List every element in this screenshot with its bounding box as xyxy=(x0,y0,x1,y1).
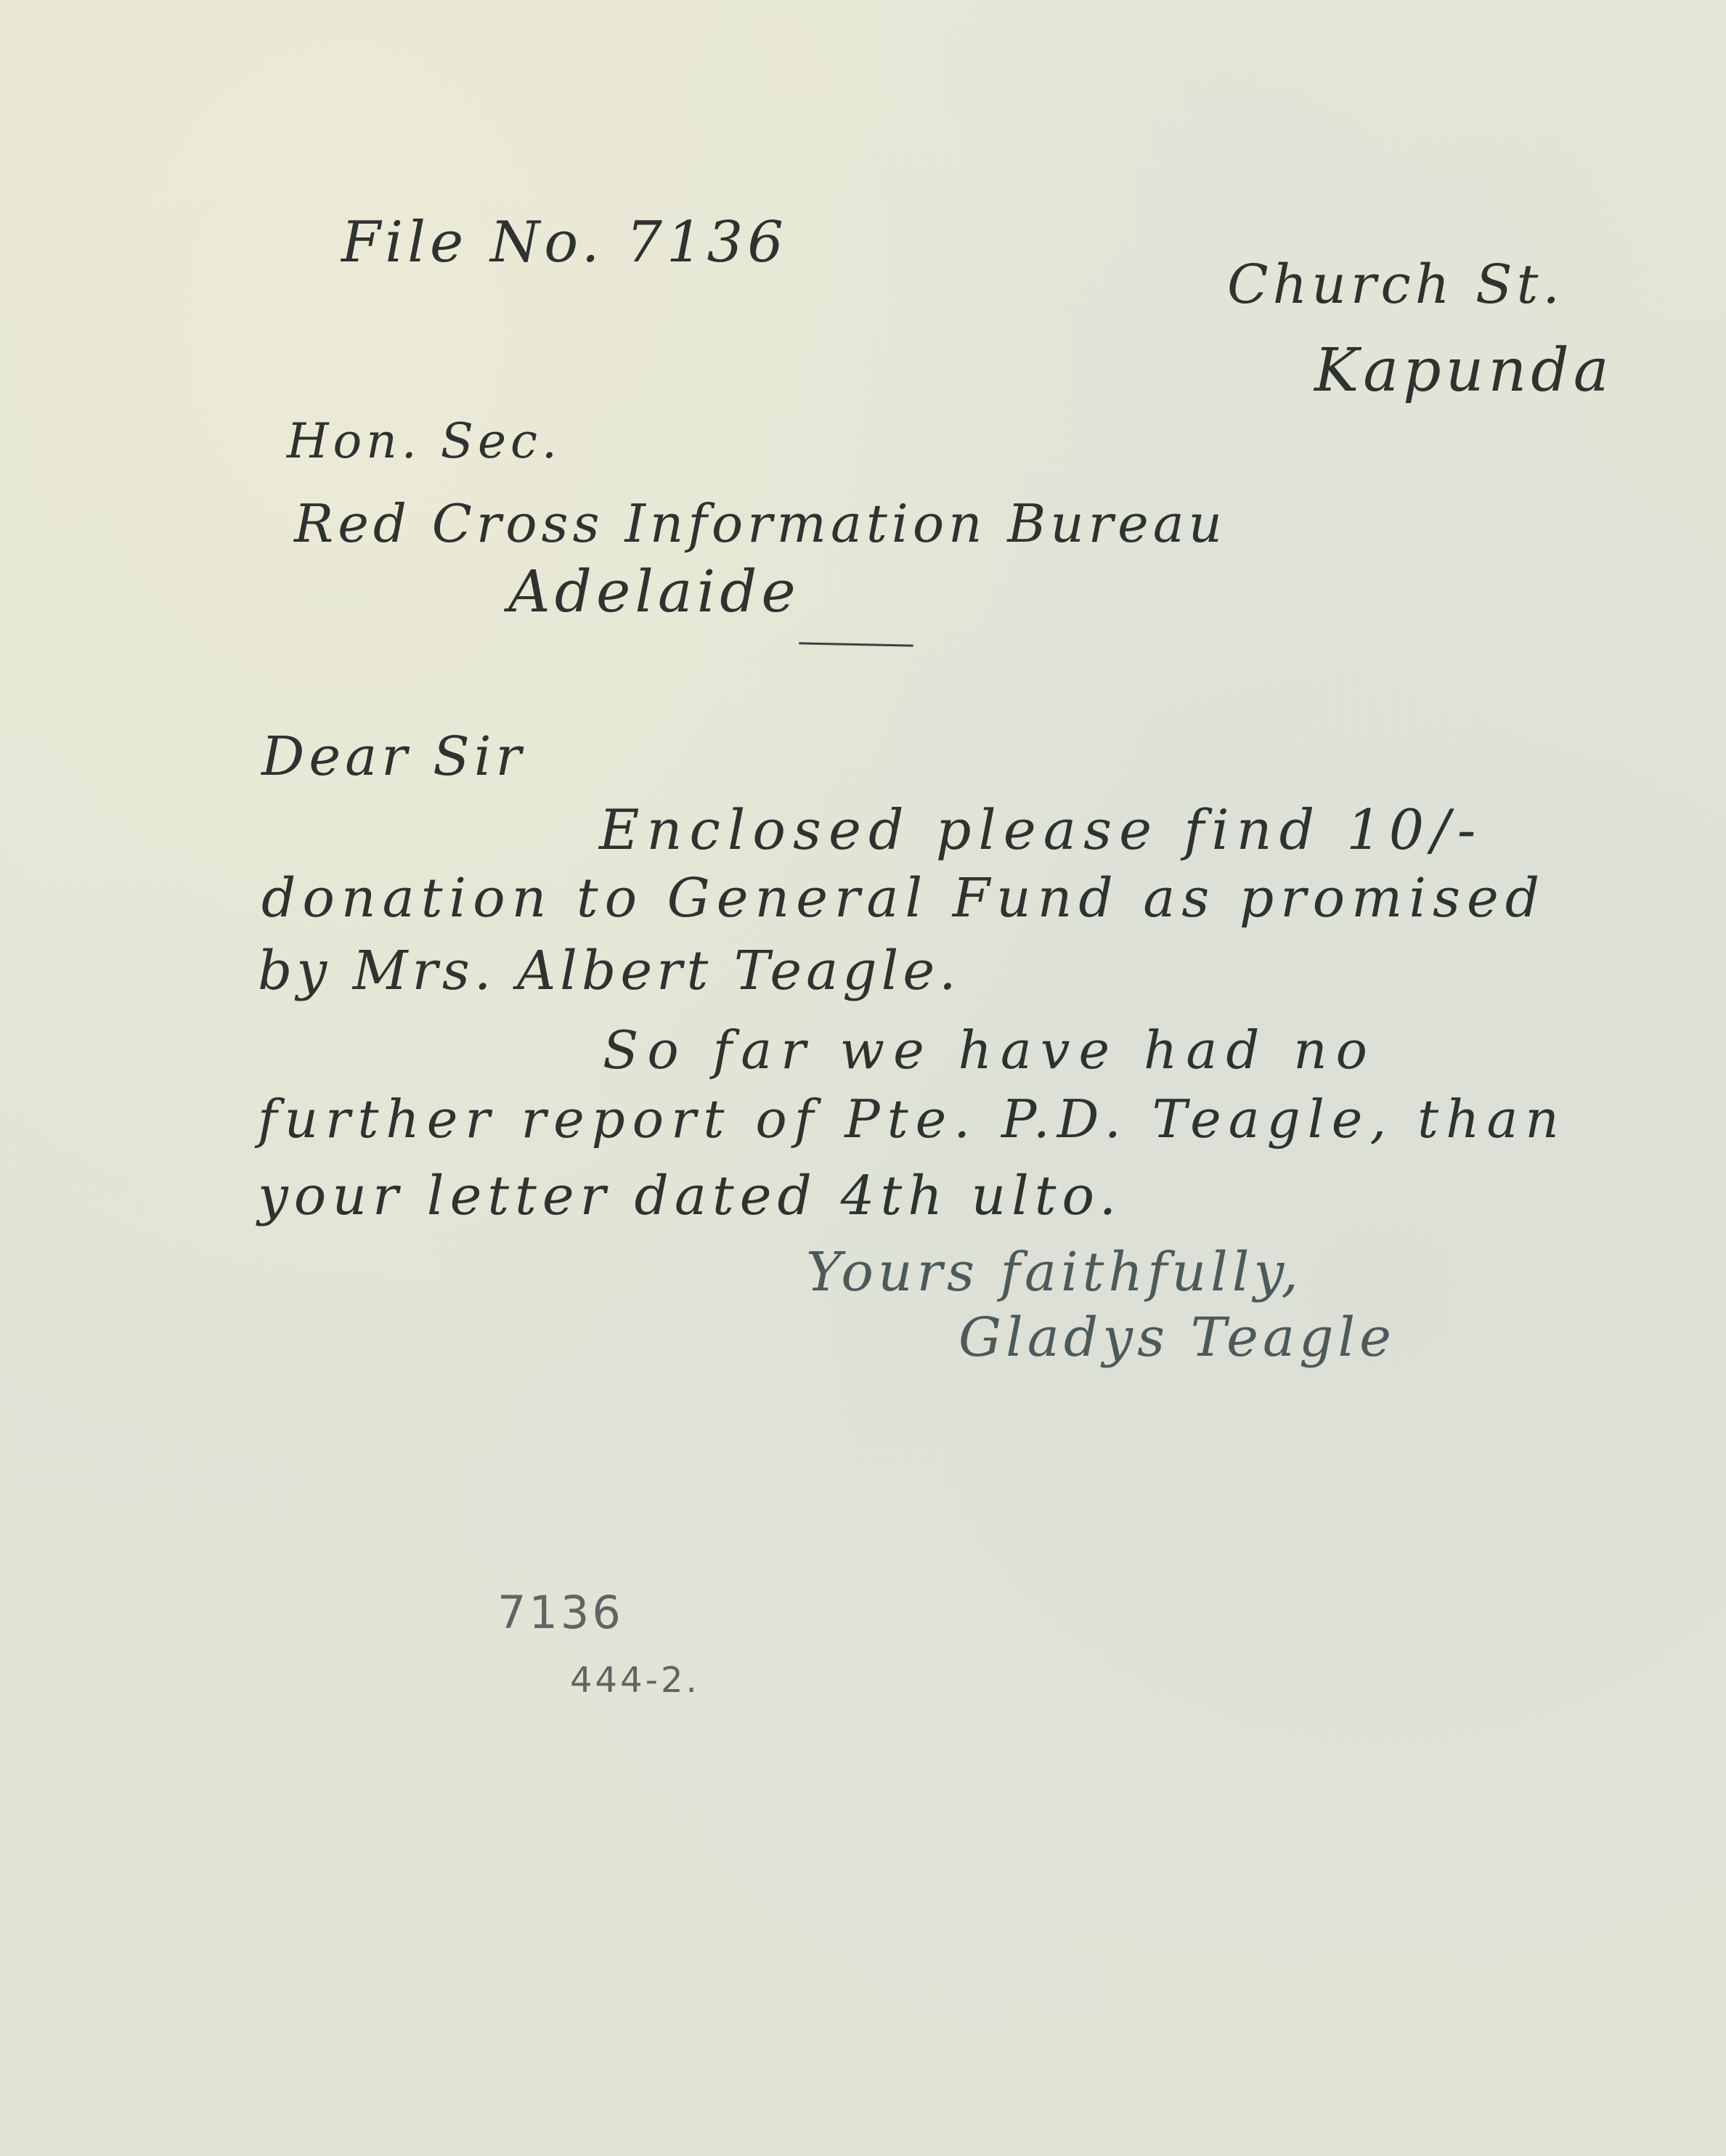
address-underline xyxy=(799,642,913,646)
closing: Yours faithfully, xyxy=(806,1245,1303,1299)
body-line-6: your letter dated 4th ulto. xyxy=(258,1169,1122,1223)
recipient-organisation: Red Cross Information Bureau xyxy=(294,497,1226,550)
body-line-1: Enclosed please find 10/- xyxy=(599,802,1483,858)
body-line-3: by Mrs. Albert Teagle. xyxy=(258,944,961,998)
body-line-4: So far we have had no xyxy=(603,1024,1376,1076)
recipient-city: Adelaide xyxy=(508,563,800,621)
sender-address-town: Kapunda xyxy=(1314,341,1613,401)
letter-page: File No. 7136 Church St. Kapunda Hon. Se… xyxy=(0,0,1726,2156)
signature: Gladys Teagle xyxy=(958,1311,1396,1364)
body-line-2: donation to General Fund as promised xyxy=(261,871,1546,925)
sender-address-street: Church St. xyxy=(1227,258,1564,312)
salutation: Dear Sir xyxy=(261,730,526,784)
file-number-heading: File No. 7136 xyxy=(341,214,788,271)
body-line-5: further report of Pte. P.D. Teagle, than xyxy=(258,1093,1566,1145)
pencil-file-number: 7136 xyxy=(497,1590,624,1635)
pencil-sub-number: 444-2. xyxy=(570,1663,700,1698)
recipient-title: Hon. Sec. xyxy=(287,418,561,465)
